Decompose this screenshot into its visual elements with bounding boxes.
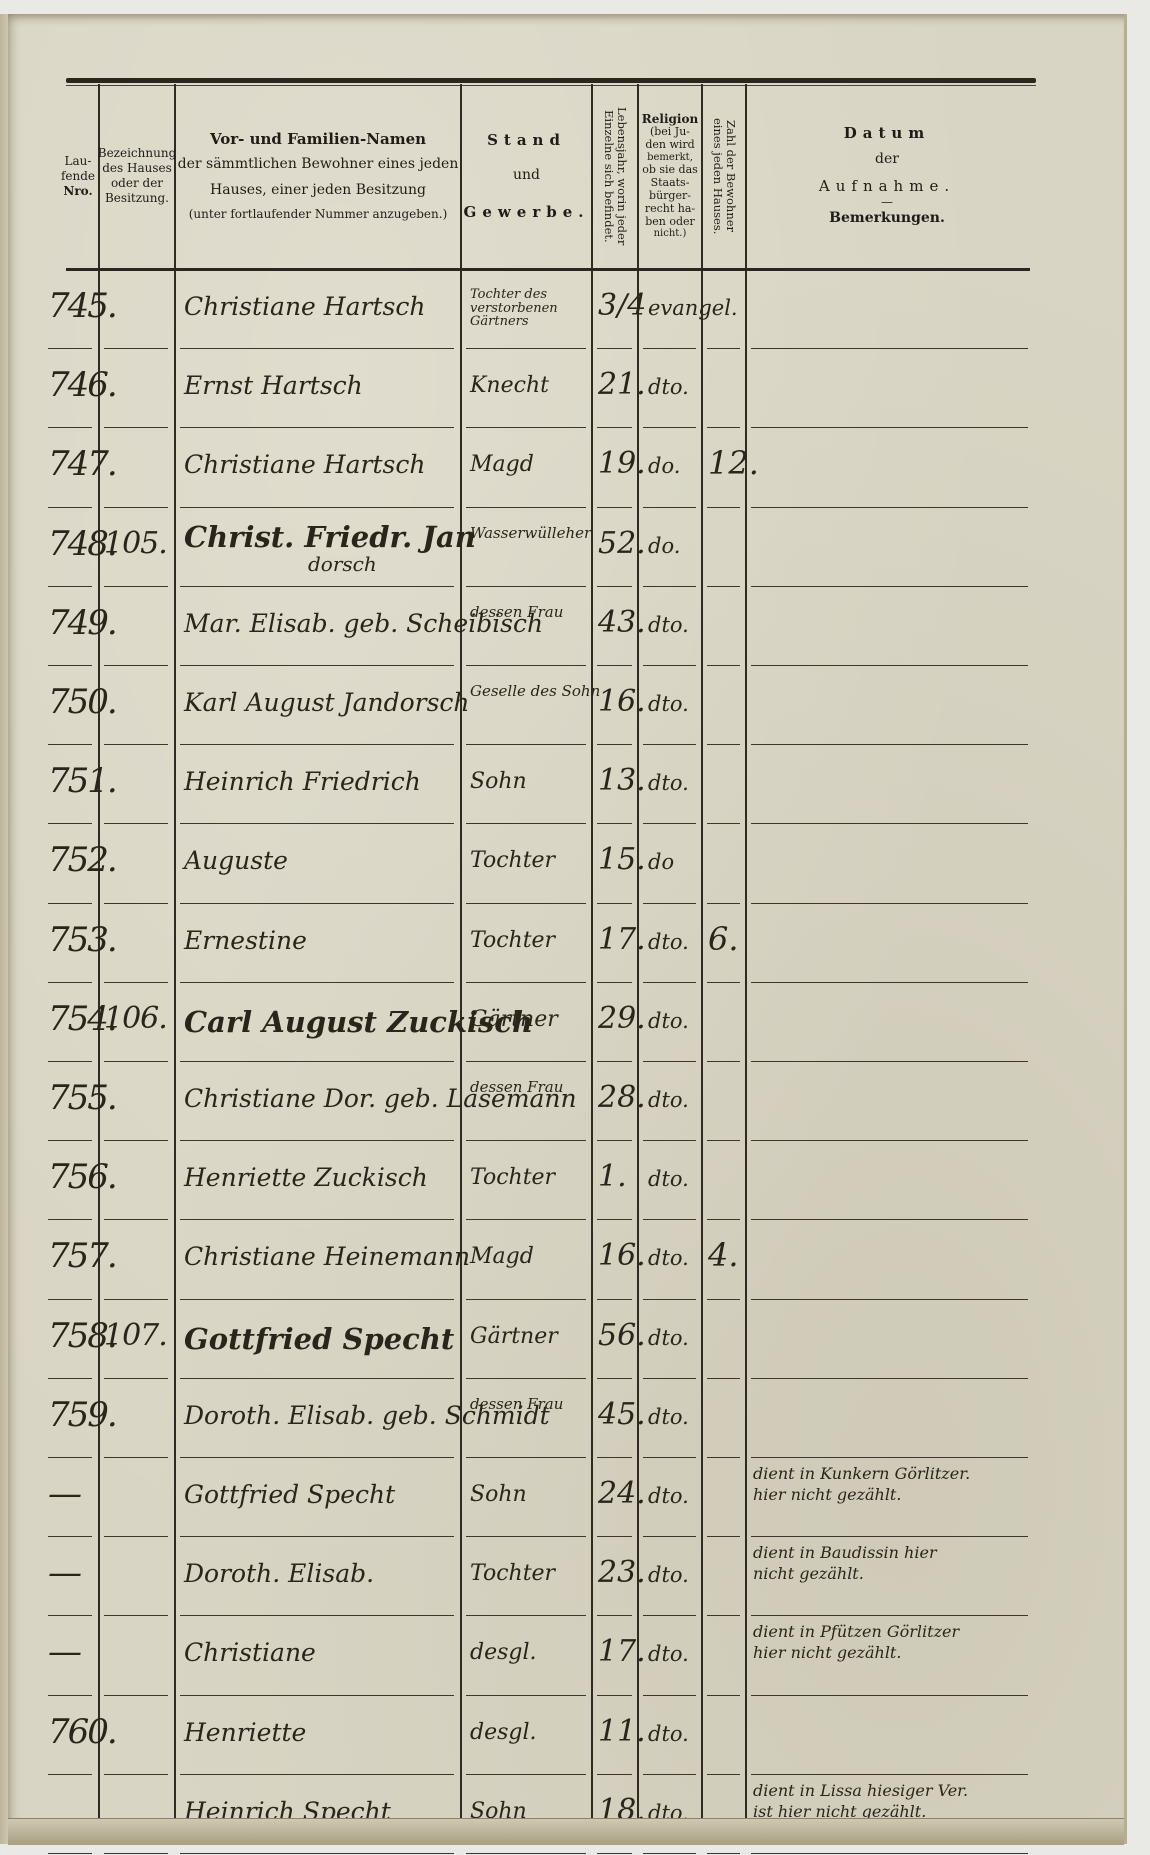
religion: do. xyxy=(648,534,680,558)
religion: dto. xyxy=(648,692,689,716)
age: 24. xyxy=(598,1476,646,1511)
religion: dto. xyxy=(648,930,689,954)
row-divider xyxy=(751,1853,1028,1854)
table-row: 747.Christiane HartschMagd19.do.12. xyxy=(8,428,1124,507)
age: 21. xyxy=(598,367,646,402)
resident-name: Gottfried Specht xyxy=(184,1322,454,1356)
row-number: 757. xyxy=(48,1236,116,1276)
table-row: 751.Heinrich FriedrichSohn13.dto. xyxy=(8,745,1124,824)
resident-name-continuation: dorsch xyxy=(308,552,377,576)
table-row: —Christianedesgl.17.dto.dient in Pfützen… xyxy=(8,1616,1124,1695)
register-page: Lau- fende Nro. Bezeichnung des Hauses o… xyxy=(8,14,1127,1844)
age: 17. xyxy=(598,1634,646,1669)
table-row: 755.Christiane Dor. geb. Lasemanndessen … xyxy=(8,1062,1124,1141)
row-divider xyxy=(48,1853,92,1854)
house-number: 107. xyxy=(104,1318,167,1353)
header-lebensjahr: Lebensjahr, worin jeder Einzelne sich be… xyxy=(593,88,637,264)
resident-name: Christiane xyxy=(184,1638,316,1667)
row-divider xyxy=(597,1853,632,1854)
resident-name: Henriette Zuckisch xyxy=(184,1163,428,1192)
occupation: Tochter xyxy=(470,848,555,873)
house-number: 106. xyxy=(104,1001,167,1036)
remark: dient in Lissa hiesiger Ver. ist hier ni… xyxy=(753,1781,973,1823)
header-religion: Religion (bei Ju- den wird bemerkt, ob s… xyxy=(639,88,701,264)
table-row: 750.Karl August JandorschGeselle des Soh… xyxy=(8,666,1124,745)
row-number: 760. xyxy=(48,1712,116,1752)
resident-name: Karl August Jandorsch xyxy=(184,688,470,717)
row-divider xyxy=(643,1853,696,1854)
resident-name: Christiane Hartsch xyxy=(184,292,425,321)
top-thin-rule xyxy=(66,85,1036,86)
age: 43. xyxy=(598,605,646,640)
age: 16. xyxy=(598,1238,646,1273)
table-row: 757.Christiane HeinemannMagd16.dto.4. xyxy=(8,1220,1124,1299)
occupation: desgl. xyxy=(470,1640,537,1665)
row-number: 753. xyxy=(48,920,116,960)
header-namen: Vor- und Familien-Namen der sämmtlichen … xyxy=(176,88,460,264)
age: 1. xyxy=(598,1159,627,1194)
remark: dient in Baudissin hier nicht gezählt. xyxy=(753,1543,973,1585)
table-row: 753.ErnestineTochter17.dto.6. xyxy=(8,904,1124,983)
row-number: 756. xyxy=(48,1157,116,1197)
religion: dto. xyxy=(648,1326,689,1350)
row-number: 745. xyxy=(48,286,116,326)
age: 28. xyxy=(598,1080,646,1115)
occupation: Gärtner xyxy=(470,1007,558,1032)
age: 56. xyxy=(598,1318,646,1353)
resident-name: Ernst Hartsch xyxy=(184,371,363,400)
occupation: Knecht xyxy=(470,373,549,398)
remark: dient in Kunkern Görlitzer. hier nicht g… xyxy=(753,1464,973,1506)
row-number: — xyxy=(48,1474,80,1514)
household-count: 4. xyxy=(708,1236,739,1274)
resident-name: Doroth. Elisab. xyxy=(184,1559,374,1588)
table-row: —Doroth. Elisab.Tochter23.dto.dient in B… xyxy=(8,1537,1124,1616)
row-divider xyxy=(180,1853,454,1854)
age: 13. xyxy=(598,763,646,798)
resident-name: Heinrich Friedrich xyxy=(184,767,421,796)
occupation: Sohn xyxy=(470,1482,527,1507)
row-number: 755. xyxy=(48,1078,116,1118)
table-row: 756.Henriette ZuckischTochter1.dto. xyxy=(8,1141,1124,1220)
table-row: 759.Doroth. Elisab. geb. Schmidtdessen F… xyxy=(8,1379,1124,1458)
age: 19. xyxy=(598,446,646,481)
occupation: Tochter xyxy=(470,1165,555,1190)
house-number: 105. xyxy=(104,526,167,561)
row-number: — xyxy=(48,1553,80,1593)
age: 52. xyxy=(598,526,646,561)
header-laufende-nr: Lau- fende Nro. xyxy=(58,88,98,264)
table-row: 754.106.Carl August ZuckischGärtner29.dt… xyxy=(8,983,1124,1062)
religion: dto. xyxy=(648,1722,689,1746)
row-number: 751. xyxy=(48,761,116,801)
religion: do xyxy=(648,850,674,874)
occupation: Magd xyxy=(470,452,534,477)
age: 15. xyxy=(598,842,646,877)
table-row: 758.107.Gottfried SpechtGärtner56.dto. xyxy=(8,1300,1124,1379)
age: 3/4 xyxy=(598,288,646,323)
religion: dto. xyxy=(648,1246,689,1270)
table-row: 745.Christiane HartschTochter des versto… xyxy=(8,270,1124,349)
row-number: 749. xyxy=(48,603,116,643)
resident-name: Christiane Hartsch xyxy=(184,450,425,479)
age: 16. xyxy=(598,684,646,719)
row-number: 746. xyxy=(48,365,116,405)
resident-name: Christiane Heinemann xyxy=(184,1242,470,1271)
resident-name: Auguste xyxy=(184,846,288,875)
occupation: Sohn xyxy=(470,769,527,794)
religion: do. xyxy=(648,454,680,478)
row-divider xyxy=(707,1853,740,1854)
row-number: 750. xyxy=(48,682,116,722)
header-haus-bezeichnung: Bezeichnung des Hauses oder der Besitzun… xyxy=(100,88,174,264)
occupation: Gärtner xyxy=(470,1324,558,1349)
table-row: —Gottfried SpechtSohn24.dto.dient in Kun… xyxy=(8,1458,1124,1537)
page-bottom-edge xyxy=(8,1818,1124,1845)
table-row: 746.Ernst HartschKnecht21.dto. xyxy=(8,349,1124,428)
age: 45. xyxy=(598,1397,646,1432)
religion: dto. xyxy=(648,613,689,637)
table-row: 749.Mar. Elisab. geb. Scheibischdessen F… xyxy=(8,587,1124,666)
religion: dto. xyxy=(648,771,689,795)
age: 29. xyxy=(598,1001,646,1036)
row-number: 759. xyxy=(48,1395,116,1435)
top-double-rule xyxy=(66,78,1036,83)
row-number: 747. xyxy=(48,444,116,484)
religion: dto. xyxy=(648,1009,689,1033)
row-number: — xyxy=(48,1632,80,1672)
age: 11. xyxy=(598,1714,646,1749)
row-number: 752. xyxy=(48,840,116,880)
religion: dto. xyxy=(648,1405,689,1429)
religion: dto. xyxy=(648,1088,689,1112)
header-stand-gewerbe: Stand und Gewerbe. xyxy=(462,88,591,264)
religion: dto. xyxy=(648,1642,689,1666)
occupation: Magd xyxy=(470,1244,534,1269)
religion: dto. xyxy=(648,1563,689,1587)
religion: dto. xyxy=(648,375,689,399)
occupation: Tochter xyxy=(470,1561,555,1586)
row-divider xyxy=(466,1853,586,1854)
religion: evangel. xyxy=(648,296,738,320)
occupation: Tochter xyxy=(470,928,555,953)
religion: dto. xyxy=(648,1167,689,1191)
religion: dto. xyxy=(648,1484,689,1508)
household-count: 6. xyxy=(708,920,739,958)
age: 17. xyxy=(598,922,646,957)
row-divider xyxy=(104,1853,168,1854)
remark: dient in Pfützen Görlitzer hier nicht ge… xyxy=(753,1622,973,1664)
household-count: 12. xyxy=(708,444,759,482)
age: 23. xyxy=(598,1555,646,1590)
table-row: 748.105.Christ. Friedr. JandorschWasserw… xyxy=(8,508,1124,587)
resident-name: Gottfried Specht xyxy=(184,1480,395,1509)
table-row: 752.AugusteTochter15.do xyxy=(8,824,1124,903)
table-row: 760.Henriettedesgl.11.dto. xyxy=(8,1696,1124,1775)
resident-name: Ernestine xyxy=(184,926,307,955)
resident-name: Christ. Friedr. Jan xyxy=(184,520,476,554)
header-datum-bemerkungen: Datum der Aufnahme. — Bemerkungen. xyxy=(747,88,1027,264)
resident-name: Henriette xyxy=(184,1718,306,1747)
occupation: desgl. xyxy=(470,1720,537,1745)
header-zahl-bewohner: Zahl der Bewohner eines jeden Hauses. xyxy=(703,88,745,264)
